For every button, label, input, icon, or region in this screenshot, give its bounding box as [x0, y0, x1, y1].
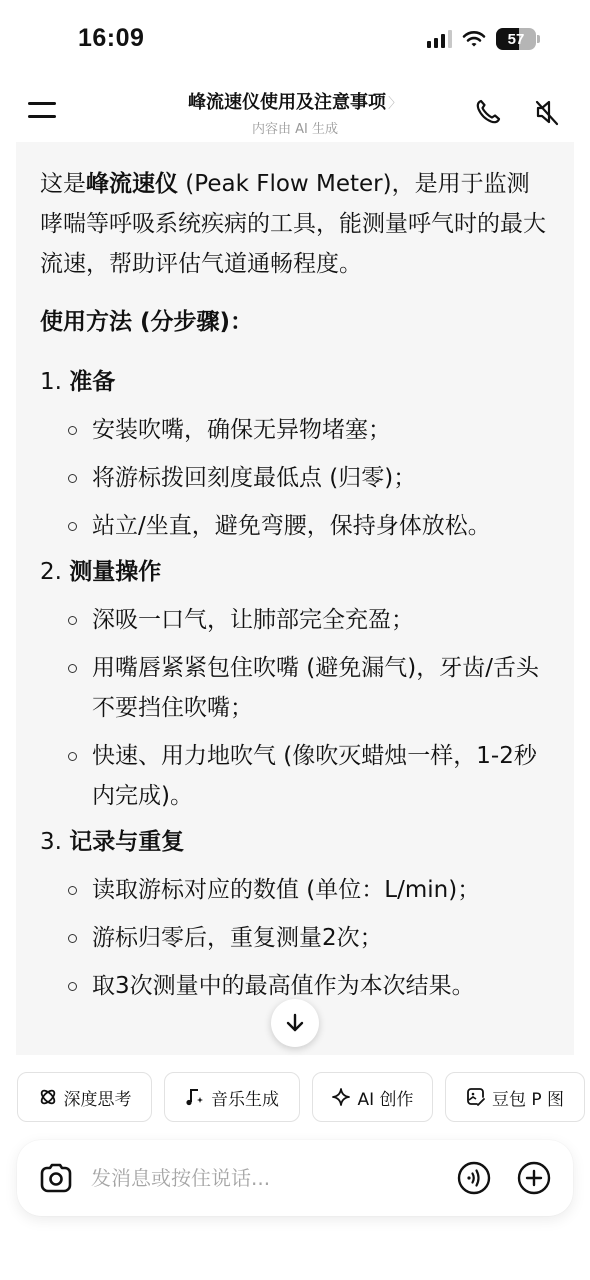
step-3: 3. 记录与重复 读取游标对应的数值 (单位：L/min)； 游标归零后，重复测… [40, 822, 550, 1006]
chip-music-generate[interactable]: 音乐生成 [164, 1072, 300, 1122]
wifi-icon [462, 30, 486, 48]
intro-paragraph: 这是峰流速仪 (Peak Flow Meter)，是用于监测哮喘等呼吸系统疾病的… [40, 164, 550, 284]
chevron-right-icon: 〉 [388, 96, 402, 112]
section-title: 使用方法 (分步骤)： [40, 302, 550, 342]
step-2: 2. 测量操作 深吸一口气，让肺部完全充盈； 用嘴唇紧紧包住吹嘴 (避免漏气)，… [40, 552, 550, 816]
status-bar: 16:09 57 [0, 0, 590, 80]
sparkle-icon [331, 1087, 351, 1107]
bullet-item: 读取游标对应的数值 (单位：L/min)； [68, 870, 550, 910]
step-title: 准备 [69, 369, 115, 395]
chip-deep-think[interactable]: 深度思考 [17, 1072, 152, 1122]
intro-bold-term: 峰流速仪 [86, 171, 178, 197]
phone-call-button[interactable] [473, 97, 503, 127]
image-edit-icon [466, 1087, 486, 1107]
camera-button[interactable] [39, 1162, 73, 1194]
step-number: 2. [40, 559, 62, 585]
chip-label: 深度思考 [64, 1085, 132, 1110]
step-number: 1. [40, 369, 62, 395]
chip-image-edit[interactable]: 豆包 P 图 [445, 1072, 585, 1122]
camera-icon [39, 1162, 73, 1194]
chip-label: AI 创作 [357, 1085, 413, 1110]
chat-header: 峰流速仪使用及注意事项〉 内容由 AI 生成 [0, 80, 590, 142]
voice-input-button[interactable] [457, 1161, 491, 1195]
bullet-item: 取3次测量中的最高值作为本次结果。 [68, 966, 550, 1006]
bullet-item: 将游标拨回刻度最低点 (归零)； [68, 458, 550, 498]
step-title: 记录与重复 [69, 829, 184, 855]
assistant-message: 这是峰流速仪 (Peak Flow Meter)，是用于监测哮喘等呼吸系统疾病的… [16, 142, 574, 1055]
bullet-item: 站立/坐直，避免弯腰，保持身体放松。 [68, 506, 550, 546]
more-options-button[interactable] [517, 1161, 551, 1195]
speaker-muted-icon [532, 97, 562, 127]
battery-indicator: 57 [496, 28, 540, 50]
chip-label: 豆包 P 图 [492, 1085, 564, 1110]
chip-label: 音乐生成 [211, 1085, 279, 1110]
voice-icon [457, 1161, 491, 1195]
battery-icon: 57 [496, 28, 536, 50]
bullet-item: 安装吹嘴，确保无异物堵塞； [68, 410, 550, 450]
step-1: 1. 准备 安装吹嘴，确保无异物堵塞； 将游标拨回刻度最低点 (归零)； 站立/… [40, 362, 550, 546]
arrow-down-icon [284, 1012, 306, 1034]
chip-ai-create[interactable]: AI 创作 [312, 1072, 433, 1122]
cellular-signal-icon [427, 30, 452, 48]
message-composer [17, 1140, 573, 1216]
plus-icon [517, 1161, 551, 1195]
conversation-title[interactable]: 峰流速仪使用及注意事项 [188, 92, 386, 113]
intro-text-1: 这是 [40, 171, 86, 197]
music-note-icon [185, 1087, 205, 1107]
phone-icon [473, 97, 503, 127]
quick-actions: 深度思考 音乐生成 AI 创作 豆包 P 图 [17, 1072, 590, 1122]
atom-icon [38, 1087, 58, 1107]
step-title: 测量操作 [69, 559, 161, 585]
bullet-item: 快速、用力地吹气 (像吹灭蜡烛一样，1-2秒内完成)。 [68, 736, 550, 816]
mute-button[interactable] [532, 97, 562, 127]
step-number: 3. [40, 829, 62, 855]
message-input[interactable] [91, 1162, 431, 1194]
scroll-to-bottom-button[interactable] [271, 999, 319, 1047]
status-time: 16:09 [78, 24, 144, 53]
bullet-item: 用嘴唇紧紧包住吹嘴 (避免漏气)，牙齿/舌头不要挡住吹嘴； [68, 648, 550, 728]
bullet-item: 游标归零后，重复测量2次； [68, 918, 550, 958]
status-icons: 57 [427, 28, 540, 50]
bullet-item: 深吸一口气，让肺部完全充盈； [68, 600, 550, 640]
battery-percent: 57 [508, 31, 525, 48]
